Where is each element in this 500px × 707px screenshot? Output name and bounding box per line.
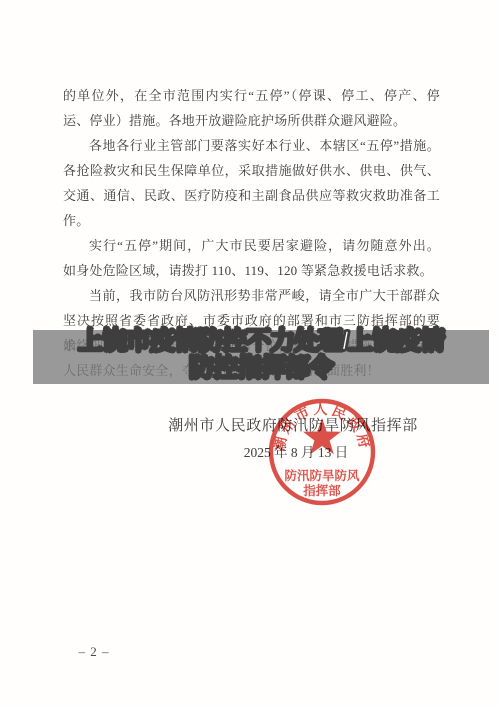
- official-seal: 潮州市人民政府 防汛防旱防风 指挥部: [264, 394, 380, 510]
- body-line: 如身处危险区域，请拨打 110、119、120 等紧急救援电话求救。: [63, 258, 440, 283]
- body-line: 各地各行业主管部门要落实好本行业、本辖区“五停”措施。: [63, 133, 440, 158]
- caption-title-line2: 防控指挥部令: [33, 355, 489, 382]
- body-line: 当前，我市防台风防汛形势非常严峻，请全市广大干部群众: [63, 283, 440, 308]
- body-line: 运、停业）措施。各地开放避险庇护场所供群众避风避险。: [63, 108, 440, 133]
- page-number: – 2 –: [66, 644, 122, 660]
- body-line: 的单位外，在全市范围内实行“五停”（停课、停工、停产、停: [63, 83, 440, 108]
- body-line: 作。: [63, 208, 440, 233]
- seal-bottom-text-1: 防汛防旱防风: [284, 468, 360, 483]
- document-page: 的单位外，在全市范围内实行“五停”（停课、停工、停产、停运、停业）措施。各地开放…: [0, 0, 500, 707]
- caption-title: 上饶市疫情防控不力处理/上饶疫情 防控指挥部令: [33, 328, 489, 382]
- seal-bottom-text-2: 指挥部: [302, 483, 341, 498]
- body-line: 交通、通信、民政、医疗防疫和主副食品供应等救灾救助准备工: [63, 183, 440, 208]
- body-line: 实行“五停”期间，广大市民要居家避险，请勿随意外出。: [63, 233, 440, 258]
- caption-title-line1: 上饶市疫情防控不力处理/上饶疫情: [33, 328, 489, 355]
- star-icon: [303, 418, 341, 454]
- body-line: 各抢险救灾和民生保障单位，采取措施做好供水、供电、供气、: [63, 158, 440, 183]
